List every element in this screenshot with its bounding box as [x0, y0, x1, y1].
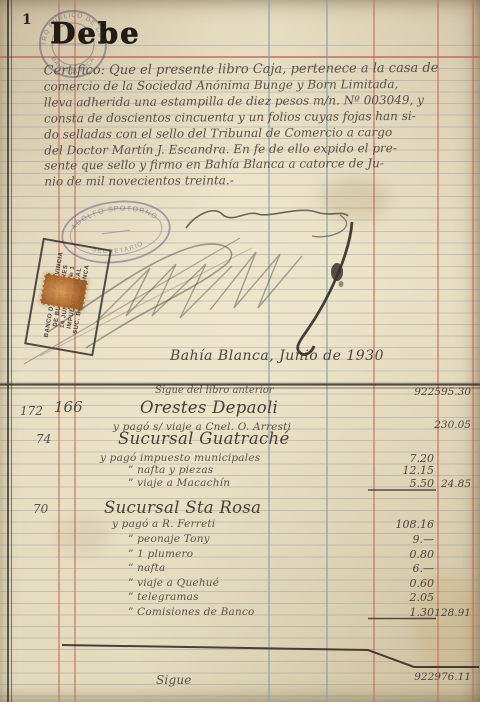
carry-step-line — [62, 645, 479, 667]
entry-amount: 108.16 — [372, 518, 434, 531]
entry-amount: 2.05 — [372, 591, 434, 604]
certificate-line: nio de mil novecientos treinta.- — [44, 172, 472, 191]
account-title: Sucursal Guatraché — [118, 429, 290, 448]
row-margin-number: 172 — [20, 404, 43, 418]
left-margin-rule — [7, 0, 9, 702]
account-title: Orestes Depaoli — [140, 398, 278, 417]
entry-description: y pagó a R. Ferreti — [112, 518, 215, 530]
amount-column-rule-3 — [472, 0, 474, 702]
signature-ink-flourish — [312, 215, 347, 237]
footer-carry-label: Sigue — [156, 673, 192, 687]
signature-ink — [186, 210, 348, 228]
row-margin-number: 74 — [36, 432, 51, 446]
certificate-line: Certifico: Que el presente libro Caja, p… — [44, 61, 472, 80]
certificate-line: consta de doscientos cincuenta y un foli… — [44, 108, 472, 127]
dateline: Bahía Blanca, Junio de 1930 — [170, 348, 384, 364]
entry-amount: 12.15 — [372, 464, 434, 477]
footer-carry-amount: 922976.11 — [414, 671, 471, 683]
entry-amount: 0.80 — [372, 548, 434, 561]
ink-blot — [331, 263, 343, 281]
svg-text:ADOLFO SPOTORNO: ADOLFO SPOTORNO — [69, 201, 160, 232]
entry-total: 230.05 — [414, 419, 471, 431]
account-title: Sucursal Sta Rosa — [104, 498, 261, 517]
top-red-rule — [0, 56, 480, 58]
left-margin-rule-2 — [11, 0, 12, 702]
entry-description: ” 1 plumero — [128, 548, 193, 560]
entry-description: y pagó impuesto municipales — [100, 452, 260, 464]
page-number: 1 — [22, 12, 32, 28]
carry-forward-label: Sigue del libro anterior — [155, 385, 274, 396]
entry-description: ” telegramas — [128, 591, 199, 603]
paper-stain — [55, 515, 110, 555]
entry-description: ” nafta — [128, 562, 166, 574]
entry-amount: 6.— — [372, 562, 434, 575]
carry-forward-amount: 922595.30 — [414, 386, 471, 398]
signature-pencil-zigzag — [210, 252, 302, 310]
ledger-page: REGISTRO PÚBLICO DE COMERCIO BAHÍA BLANC… — [0, 0, 480, 702]
entry-total: 24.85 — [414, 478, 471, 490]
certificate-text: Certifico: Que el presente libro Caja, p… — [44, 61, 473, 191]
row-margin-number: 70 — [33, 502, 48, 516]
entry-amount: 0.60 — [372, 577, 434, 590]
entry-description: ” viaje a Macachín — [128, 477, 230, 489]
row-folio-number: 166 — [54, 398, 83, 416]
entry-description: ” nafta y piezas — [128, 464, 213, 476]
signature-bold-stroke — [298, 222, 352, 355]
ink-blot-drip — [339, 281, 344, 287]
entry-total: 128.91 — [414, 607, 471, 619]
entry-description: ” viaje a Quehué — [128, 577, 219, 589]
entry-amount: 9.— — [372, 533, 434, 546]
signature-pencil-zigzag — [96, 264, 232, 322]
oval-stamp-name: ADOLFO SPOTORNO — [69, 201, 160, 232]
page-title-debe: Debe — [50, 16, 140, 50]
entry-description: ” Comisiones de Banco — [128, 606, 255, 618]
entry-description: ” peonaje Tony — [128, 533, 210, 545]
